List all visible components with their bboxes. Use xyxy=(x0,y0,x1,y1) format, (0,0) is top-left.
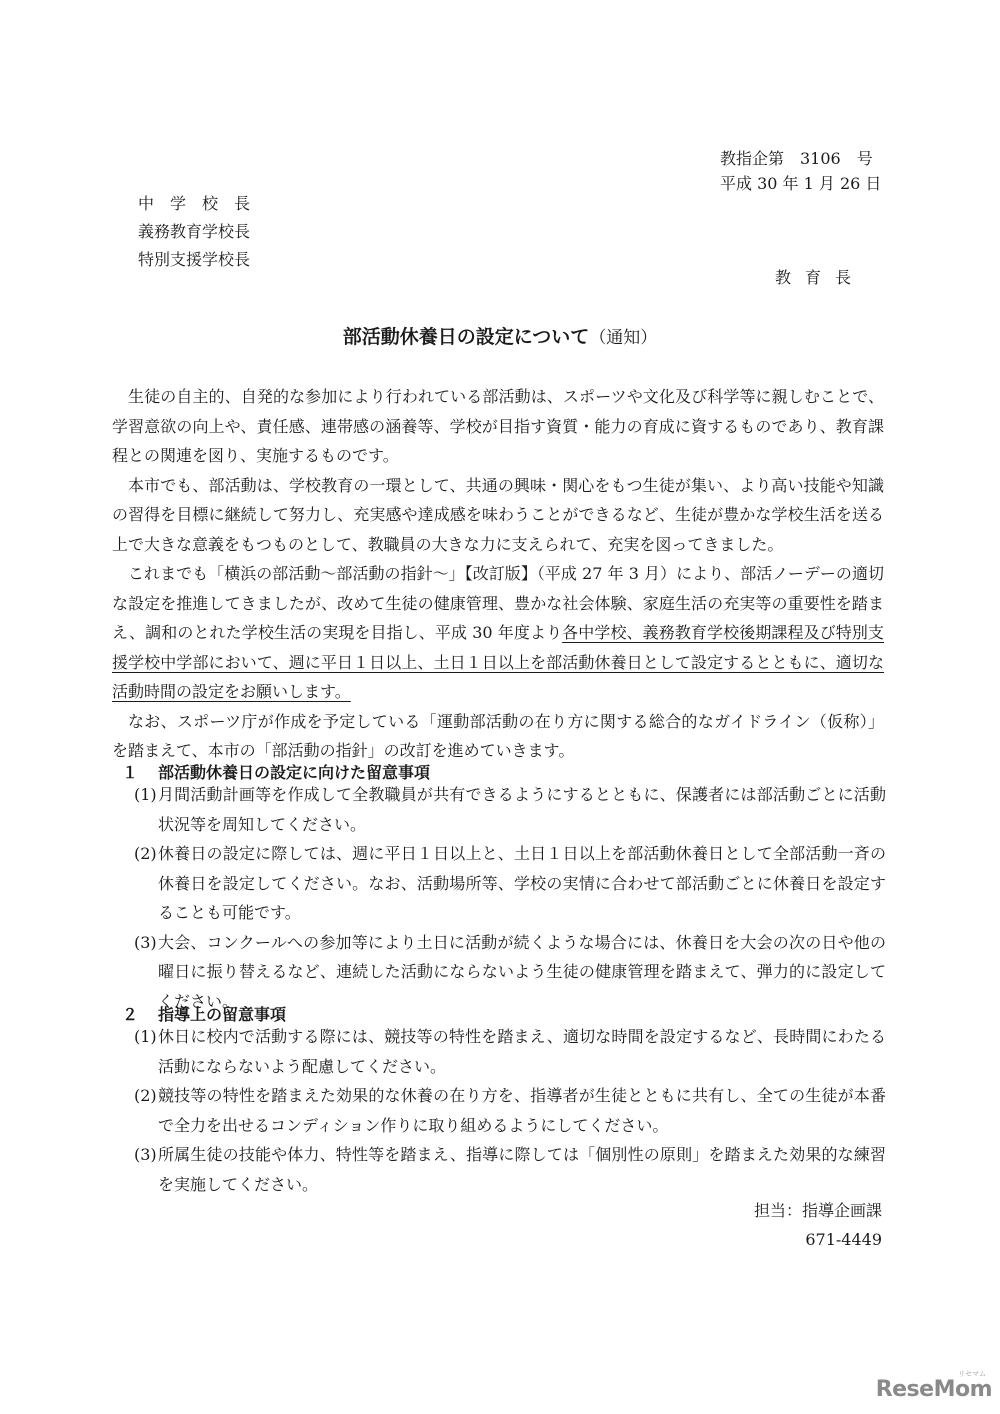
recipient: 特別支援学校長 xyxy=(138,246,250,274)
item-text: 月間活動計画等を作成して全教職員が共有できるようにするとともに、保護者には部活動… xyxy=(158,780,886,839)
contact-department: 担当：指導企画課 xyxy=(754,1196,882,1225)
title-main: 部活動休養日の設定について xyxy=(343,326,590,348)
list-item: (3)所属生徒の技能や体力、特性等を踏まえ、指導に際しては「個別性の原則」を踏ま… xyxy=(134,1140,886,1199)
paragraph: これまでも「横浜の部活動～部活動の指針～」【改訂版】（平成 27 年 3 月）に… xyxy=(112,559,884,707)
sender: 教育長 xyxy=(775,265,865,288)
recipient: 義務教育学校長 xyxy=(138,218,250,246)
item-text: 休養日の設定に際しては、週に平日１日以上と、土日１日以上を部活動休養日として全部… xyxy=(158,839,886,928)
document-date: 平成 30 年 1 月 26 日 xyxy=(720,170,881,197)
item-mark: (2) xyxy=(134,1081,158,1140)
list-item: (1)休日に校内で活動する際には、競技等の特性を踏まえ、適切な時間を設定するなど… xyxy=(134,1022,886,1081)
document-title: 部活動休養日の設定について（通知） xyxy=(0,322,1000,349)
section-items: (1)月間活動計画等を作成して全教職員が共有できるようにするとともに、保護者には… xyxy=(134,780,886,1016)
paragraph: 生徒の自主的、自発的な参加により行われている部活動は、スポーツや文化及び科学等に… xyxy=(112,382,884,471)
item-mark: (2) xyxy=(134,839,158,928)
logo-ruby: リセマム xyxy=(958,1369,986,1379)
item-text: 所属生徒の技能や体力、特性等を踏まえ、指導に際しては「個別性の原則」を踏まえた効… xyxy=(158,1140,886,1199)
recipients-list: 中 学 校 長 義務教育学校長 特別支援学校長 xyxy=(138,190,250,274)
list-item: (2)競技等の特性を踏まえた効果的な休養の在り方を、指導者が生徒とともに共有し、… xyxy=(134,1081,886,1140)
list-item: (1)月間活動計画等を作成して全教職員が共有できるようにするとともに、保護者には… xyxy=(134,780,886,839)
resemom-logo: リセマム ReseMom xyxy=(876,1377,992,1402)
document-number: 教指企第 3106 号 xyxy=(720,145,873,172)
recipient: 中 学 校 長 xyxy=(138,190,250,218)
title-sub: （通知） xyxy=(589,328,657,348)
item-mark: (1) xyxy=(134,780,158,839)
item-mark: (1) xyxy=(134,1022,158,1081)
contact-phone: 671-4449 xyxy=(754,1225,882,1254)
body-text: 生徒の自主的、自発的な参加により行われている部活動は、スポーツや文化及び科学等に… xyxy=(112,382,884,766)
item-text: 休日に校内で活動する際には、競技等の特性を踏まえ、適切な時間を設定するなど、長時… xyxy=(158,1022,886,1081)
paragraph: 本市でも、部活動は、学校教育の一環として、共通の興味・関心をもつ生徒が集い、より… xyxy=(112,471,884,560)
logo-text: ReseMom xyxy=(876,1377,992,1402)
contact-info: 担当：指導企画課 671-4449 xyxy=(754,1196,882,1254)
section-items: (1)休日に校内で活動する際には、競技等の特性を踏まえ、適切な時間を設定するなど… xyxy=(134,1022,886,1199)
paragraph: なお、スポーツ庁が作成を予定している「運動部活動の在り方に関する総合的なガイドラ… xyxy=(112,707,884,766)
item-mark: (3) xyxy=(134,1140,158,1199)
list-item: (2)休養日の設定に際しては、週に平日１日以上と、土日１日以上を部活動休養日とし… xyxy=(134,839,886,928)
item-text: 競技等の特性を踏まえた効果的な休養の在り方を、指導者が生徒とともに共有し、全ての… xyxy=(158,1081,886,1140)
